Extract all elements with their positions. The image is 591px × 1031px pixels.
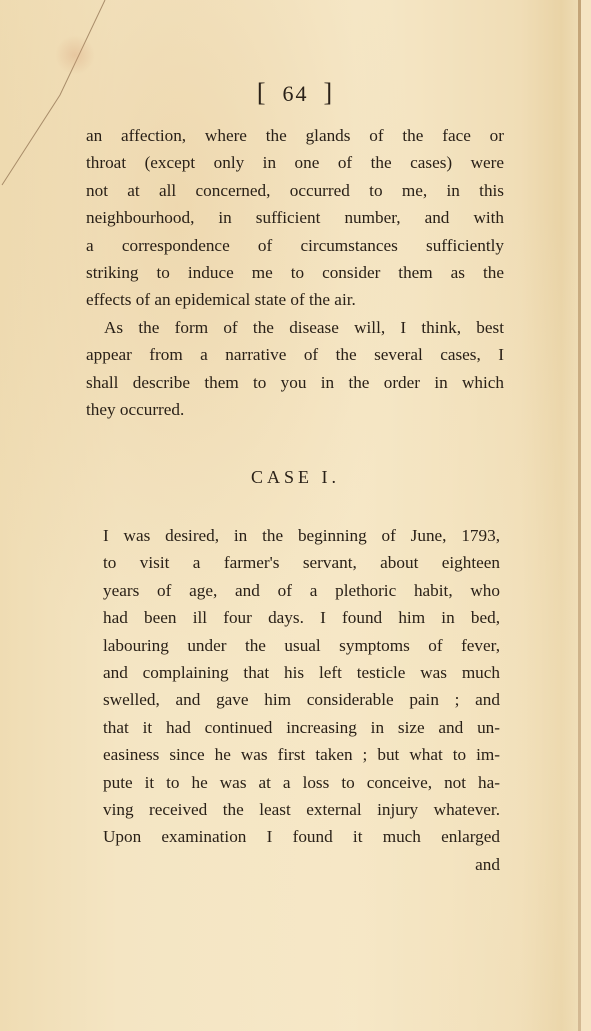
text-line: appear from a narrative of the several c… — [86, 341, 504, 368]
book-page: [ 64 ] an affection, where the glands of… — [0, 0, 591, 1031]
page-number-header: [ 64 ] — [0, 78, 591, 108]
text-line: pute it to he was at a loss to conceive,… — [103, 769, 500, 796]
text-line: ving received the least external injury … — [103, 796, 500, 823]
bracket-close: ] — [324, 78, 335, 107]
page-edge-strip — [581, 0, 591, 1031]
text-line: and complaining that his left testicle w… — [103, 659, 500, 686]
text-line: had been ill four days. I found him in b… — [103, 604, 500, 631]
page-edge-line — [578, 0, 581, 1031]
text-line: a correspondence of circumstances suffic… — [86, 232, 504, 259]
text-line: I was desired, in the beginning of June,… — [103, 522, 500, 549]
text-line: they occurred. — [86, 396, 504, 423]
text-line: years of age, and of a plethoric habit, … — [103, 577, 500, 604]
text-line: labouring under the usual symptoms of fe… — [103, 632, 500, 659]
paper-stain — [55, 35, 95, 75]
case-heading: CASE I. — [0, 467, 591, 488]
text-line: easiness since he was first taken ; but … — [103, 741, 500, 768]
text-line: an affection, where the glands of the fa… — [86, 122, 504, 149]
text-line: As the form of the disease will, I think… — [86, 314, 504, 341]
text-line: neighbourhood, in sufficient number, and… — [86, 204, 504, 231]
text-line: shall describe them to you in the order … — [86, 369, 504, 396]
text-line: to visit a farmer's servant, about eight… — [103, 549, 500, 576]
text-line: throat (except only in one of the cases)… — [86, 149, 504, 176]
text-line: not at all concerned, occurred to me, in… — [86, 177, 504, 204]
text-line: striking to induce me to consider them a… — [86, 259, 504, 286]
catchword: and — [103, 851, 500, 878]
page-number: 64 — [283, 81, 309, 106]
opening-text: an affection, where the glands of the fa… — [86, 122, 504, 423]
text-line: effects of an epidemical state of the ai… — [86, 286, 504, 313]
text-line: Upon examination I found it much enlarge… — [103, 823, 500, 850]
text-line: that it had continued increasing in size… — [103, 714, 500, 741]
case-text: I was desired, in the beginning of June,… — [103, 522, 500, 878]
bracket-open: [ — [257, 78, 268, 107]
text-line: swelled, and gave him considerable pain … — [103, 686, 500, 713]
